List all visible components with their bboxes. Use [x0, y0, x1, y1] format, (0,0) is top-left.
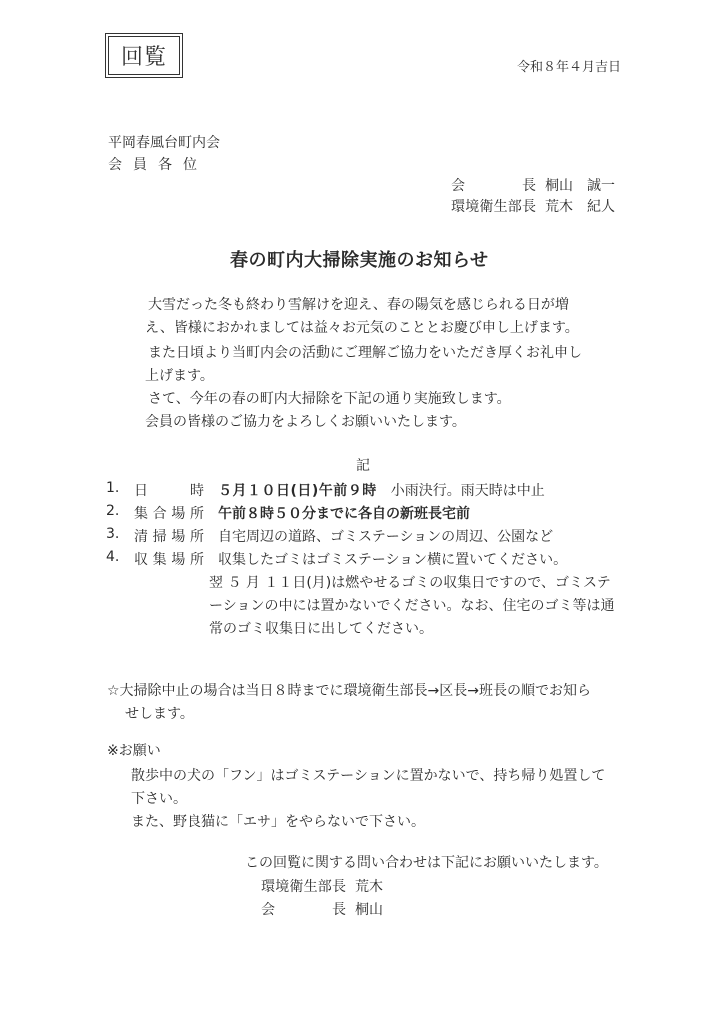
request-stray-cats: また、野良猫に「エサ」をやらないで下さい。 — [131, 811, 425, 831]
item-note: 小雨決行。雨天時は中止 — [391, 480, 545, 500]
request-dog-waste-cont: 下さい。 — [131, 788, 187, 808]
request-heading: ※お願い — [107, 740, 161, 760]
sender-chairman: 会長 桐山 誠一 — [451, 175, 615, 195]
ki-heading: 記 — [356, 455, 370, 475]
item-label: 収集場所 — [134, 549, 204, 569]
recipients: 会員各位 — [108, 154, 208, 174]
body-paragraph-4: 会員の皆様のご協力をよろしくお願いいたします。 — [145, 411, 466, 434]
body-paragraph-1-cont: え、皆様におかれましては益々お元気のこととお慶び申し上げます。 — [145, 317, 579, 340]
item-label: 清掃場所 — [134, 526, 204, 546]
item-value: 自宅周辺の道路、ゴミステーションの周辺、公園など — [218, 526, 553, 546]
organization-name: 平岡春風台町内会 — [108, 132, 220, 152]
item-number: 3. — [106, 526, 134, 546]
item-4-continuation: 常のゴミ収集日に出してください。 — [209, 618, 433, 638]
item-value: 収集したゴミはゴミステーション横に置いてください。 — [218, 549, 567, 569]
cancellation-notice: ☆大掃除中止の場合は当日８時までに環境衛生部長→区長→班長の順でお知ら — [107, 680, 591, 700]
contact-intro: この回覧に関する問い合わせは下記にお願いいたします。 — [245, 852, 608, 872]
kairan-label: 回覧 — [121, 40, 167, 71]
contact-env-head: 環境衛生部長 荒木 — [261, 876, 383, 896]
sender-name: 荒木 紀人 — [545, 196, 615, 216]
kairan-stamp: 回覧 — [105, 33, 183, 78]
contact-chairman: 会長 桐山 — [261, 899, 383, 919]
item-number: 4. — [106, 549, 134, 569]
body-paragraph-1: 大雪だった冬も終わり雪解けを迎え、春の陽気を感じられる日が増 — [148, 294, 569, 317]
sender-role: 環境衛生部長 — [451, 196, 536, 216]
request-dog-waste: 散歩中の犬の「フン」はゴミステーションに置かないで、持ち帰り処置して — [131, 765, 605, 785]
cancellation-notice-cont: せします。 — [125, 703, 194, 723]
item-meeting-place: 2. 集合場所 午前８時５０分までに各自の新班長宅前 — [106, 503, 470, 523]
item-value: ５月１０日(日)午前９時 — [218, 480, 377, 500]
item-label: 日時 — [134, 480, 204, 500]
body-paragraph-2: また日頃より当町内会の活動にご理解ご協力をいただき厚くお礼申し — [148, 342, 582, 365]
item-4-continuation: ーションの中には置かないでください。なお、住宅のゴミ等は通 — [209, 595, 614, 615]
item-4-continuation: 翌 ５ 月 １１日(月)は燃やせるゴミの収集日ですので、ゴミステ — [209, 572, 611, 592]
contact-role: 会長 — [261, 899, 346, 919]
document-title: 春の町内大掃除実施のお知らせ — [230, 246, 488, 272]
body-paragraph-2-cont: 上げます。 — [145, 365, 214, 388]
item-collection-place: 4. 収集場所 収集したゴミはゴミステーション横に置いてください。 — [106, 549, 567, 569]
item-datetime: 1. 日時 ５月１０日(日)午前９時 小雨決行。雨天時は中止 — [106, 480, 545, 500]
contact-name: 荒木 — [355, 876, 383, 896]
item-number: 1. — [106, 480, 134, 500]
sender-name: 桐山 誠一 — [545, 175, 615, 195]
sender-env-head: 環境衛生部長 荒木 紀人 — [451, 196, 615, 216]
body-paragraph-3: さて、今年の春の町内大掃除を下記の通り実施致します。 — [148, 388, 511, 411]
item-value: 午前８時５０分までに各自の新班長宅前 — [218, 503, 470, 523]
contact-name: 桐山 — [355, 899, 383, 919]
sender-role: 会長 — [451, 175, 536, 195]
item-number: 2. — [106, 503, 134, 523]
item-cleaning-area: 3. 清掃場所 自宅周辺の道路、ゴミステーションの周辺、公園など — [106, 526, 553, 546]
issue-date: 令和８年４月吉日 — [517, 56, 621, 75]
contact-role: 環境衛生部長 — [261, 876, 346, 896]
item-label: 集合場所 — [134, 503, 204, 523]
